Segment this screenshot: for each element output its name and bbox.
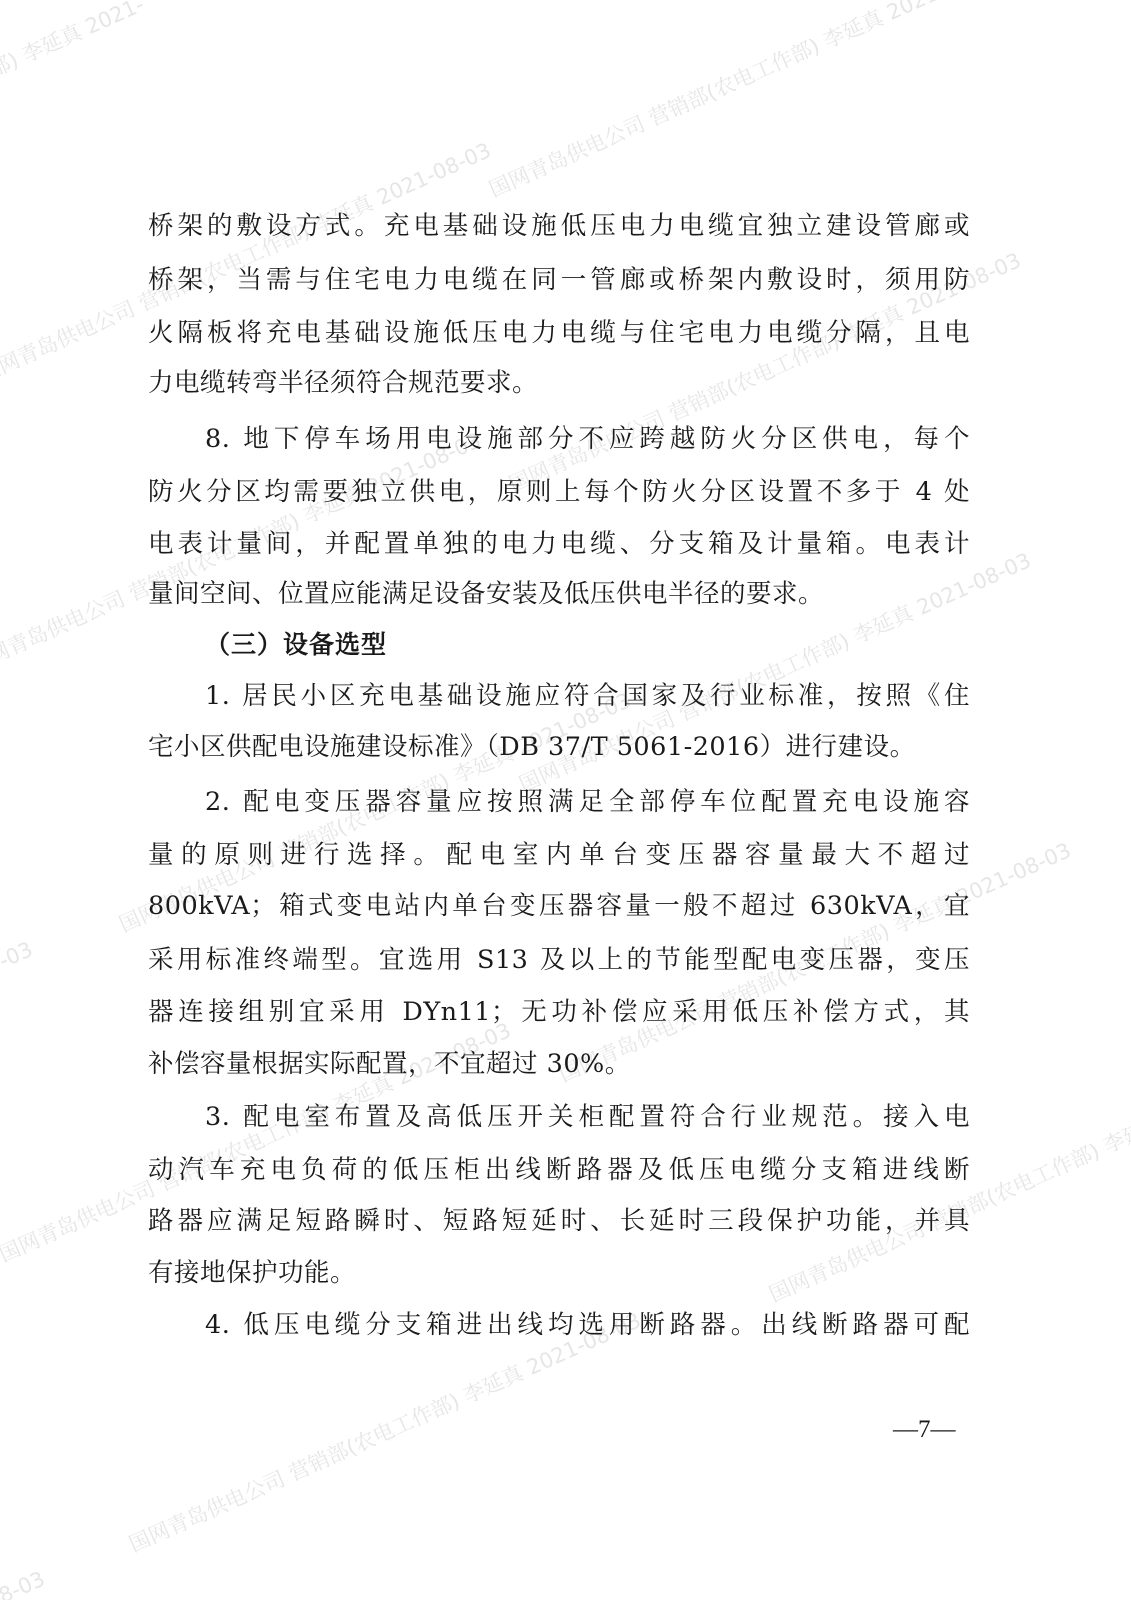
paragraph-line: 宅小区供配电设施建设标准》（DB 37/T 5061-2016）进行建设。 [148, 727, 970, 767]
paragraph-line: 量的原则进行选择。配电室内单台变压器容量最大不超过 [148, 835, 970, 875]
paragraph-line: 火隔板将充电基础设施低压电力电缆与住宅电力电缆分隔，且电 [148, 313, 970, 353]
paragraph-line: 动汽车充电负荷的低压柜出线断路器及低压电缆分支箱进线断 [148, 1150, 970, 1190]
paragraph-line: 路器应满足短路瞬时、短路短延时、长延时三段保护功能，并具 [148, 1201, 970, 1241]
paragraph-line: 力电缆转弯半径须符合规范要求。 [148, 363, 970, 403]
paragraph-line: 采用标准终端型。宜选用 S13 及以上的节能型配电变压器，变压 [148, 940, 970, 980]
paragraph-line: 器连接组别宜采用 DYn11；无功补偿应采用低压补偿方式，其 [148, 992, 970, 1032]
paragraph-line: 8. 地下停车场用电设施部分不应跨越防火分区供电，每个 [205, 419, 970, 459]
paragraph-line: 4. 低压电缆分支箱进出线均选用断路器。出线断路器可配 [205, 1305, 970, 1345]
paragraph-line: 有接地保护功能。 [148, 1253, 970, 1293]
paragraph-line: 补偿容量根据实际配置，不宜超过 30%。 [148, 1044, 970, 1084]
paragraph-line: 桥架的敷设方式。充电基础设施低压电力电缆宜独立建设管廊或 [148, 206, 970, 246]
paragraph-line: 2. 配电变压器容量应按照满足全部停车位配置充电设施容 [205, 782, 970, 822]
paragraph-line: 防火分区均需要独立供电，原则上每个防火分区设置不多于 4 处 [148, 472, 970, 512]
document-page: 部) 李延真 2021- 国网青岛供电公司 营销部(农电工作部) 李延真 202… [0, 0, 1131, 1600]
paragraph-line: 电表计量间，并配置单独的电力电缆、分支箱及计量箱。电表计 [148, 524, 970, 564]
paragraph-line: 桥架，当需与住宅电力电缆在同一管廊或桥架内敷设时，须用防 [148, 260, 970, 300]
paragraph-line: 800kVA；箱式变电站内单台变压器容量一般不超过 630kVA，宜 [148, 886, 970, 926]
paragraph-line: 1. 居民小区充电基础设施应符合国家及行业标准，按照《住 [205, 676, 970, 716]
section-heading: （三）设备选型 [205, 625, 387, 665]
paragraph-line: 3. 配电室布置及高低压开关柜配置符合行业规范。接入电 [205, 1097, 970, 1137]
page-number: —7— [893, 1413, 956, 1447]
paragraph-line: 量间空间、位置应能满足设备安装及低压供电半径的要求。 [148, 574, 970, 614]
document-body: 桥架的敷设方式。充电基础设施低压电力电缆宜独立建设管廊或 桥架，当需与住宅电力电… [0, 0, 1131, 1600]
